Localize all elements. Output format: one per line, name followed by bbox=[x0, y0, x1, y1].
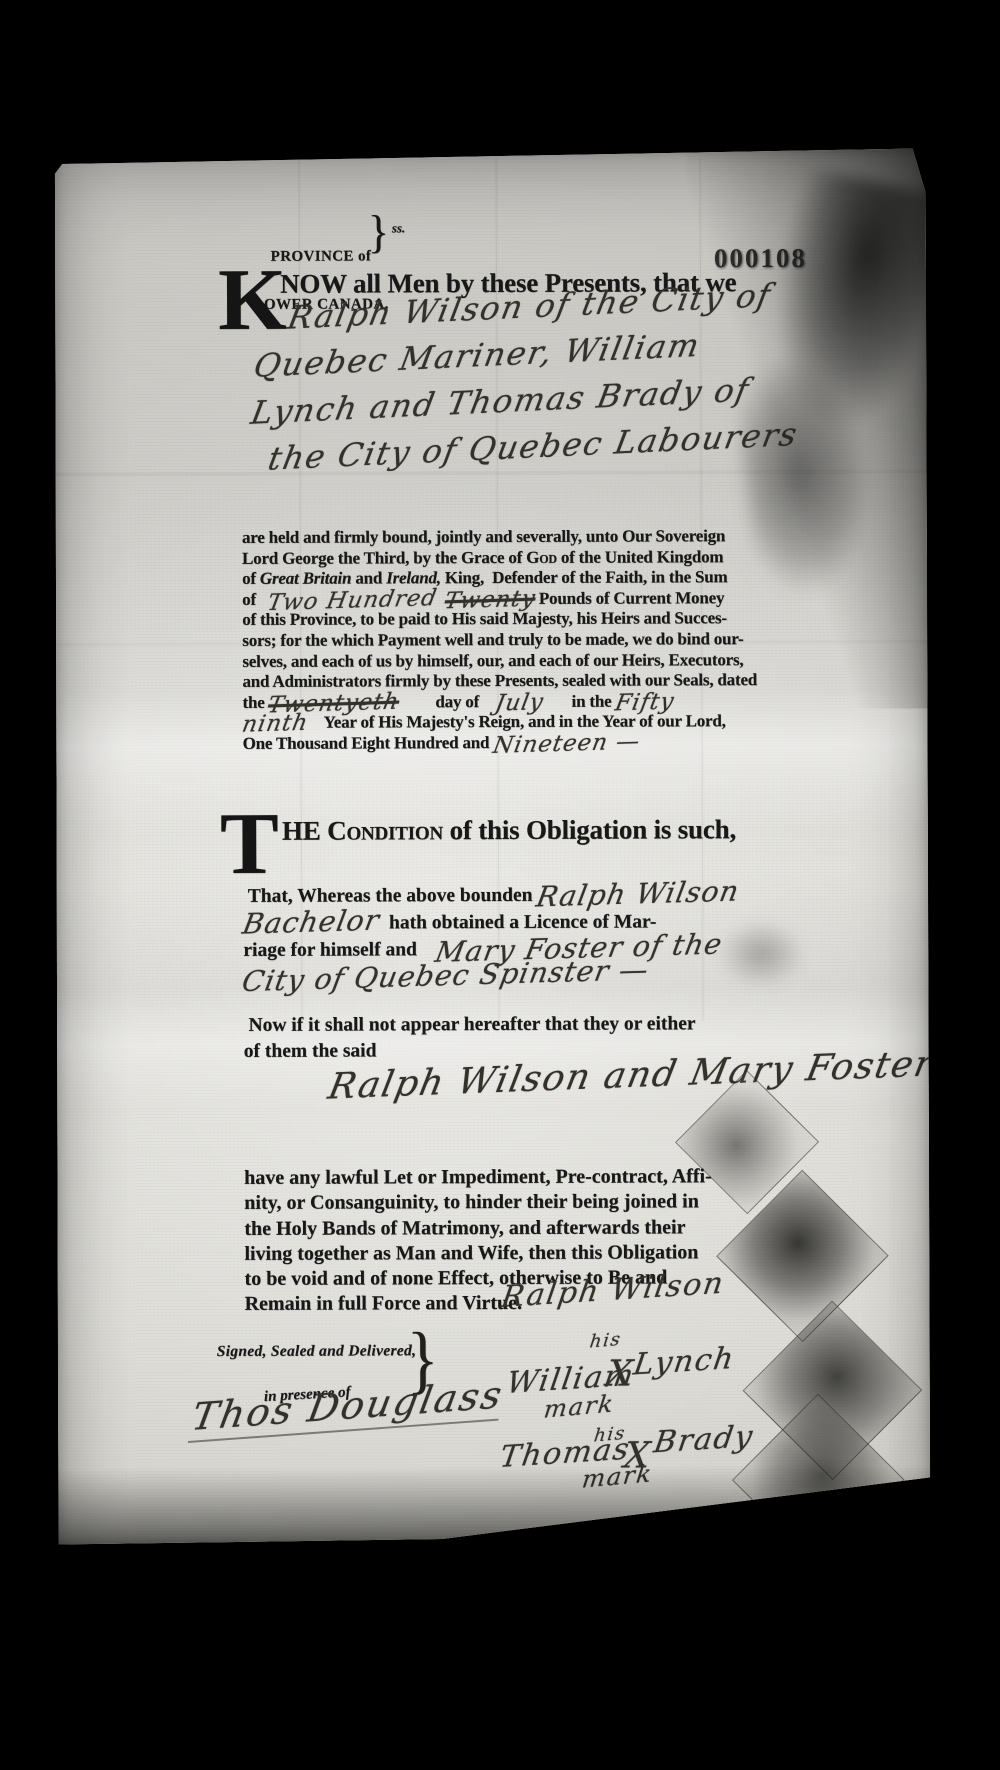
scan-vignette bbox=[54, 148, 931, 1544]
scan-background: PROVINCE of LOWER CANADA. } ss. 000108 K… bbox=[0, 0, 1000, 1770]
document-paper: PROVINCE of LOWER CANADA. } ss. 000108 K… bbox=[54, 148, 931, 1544]
